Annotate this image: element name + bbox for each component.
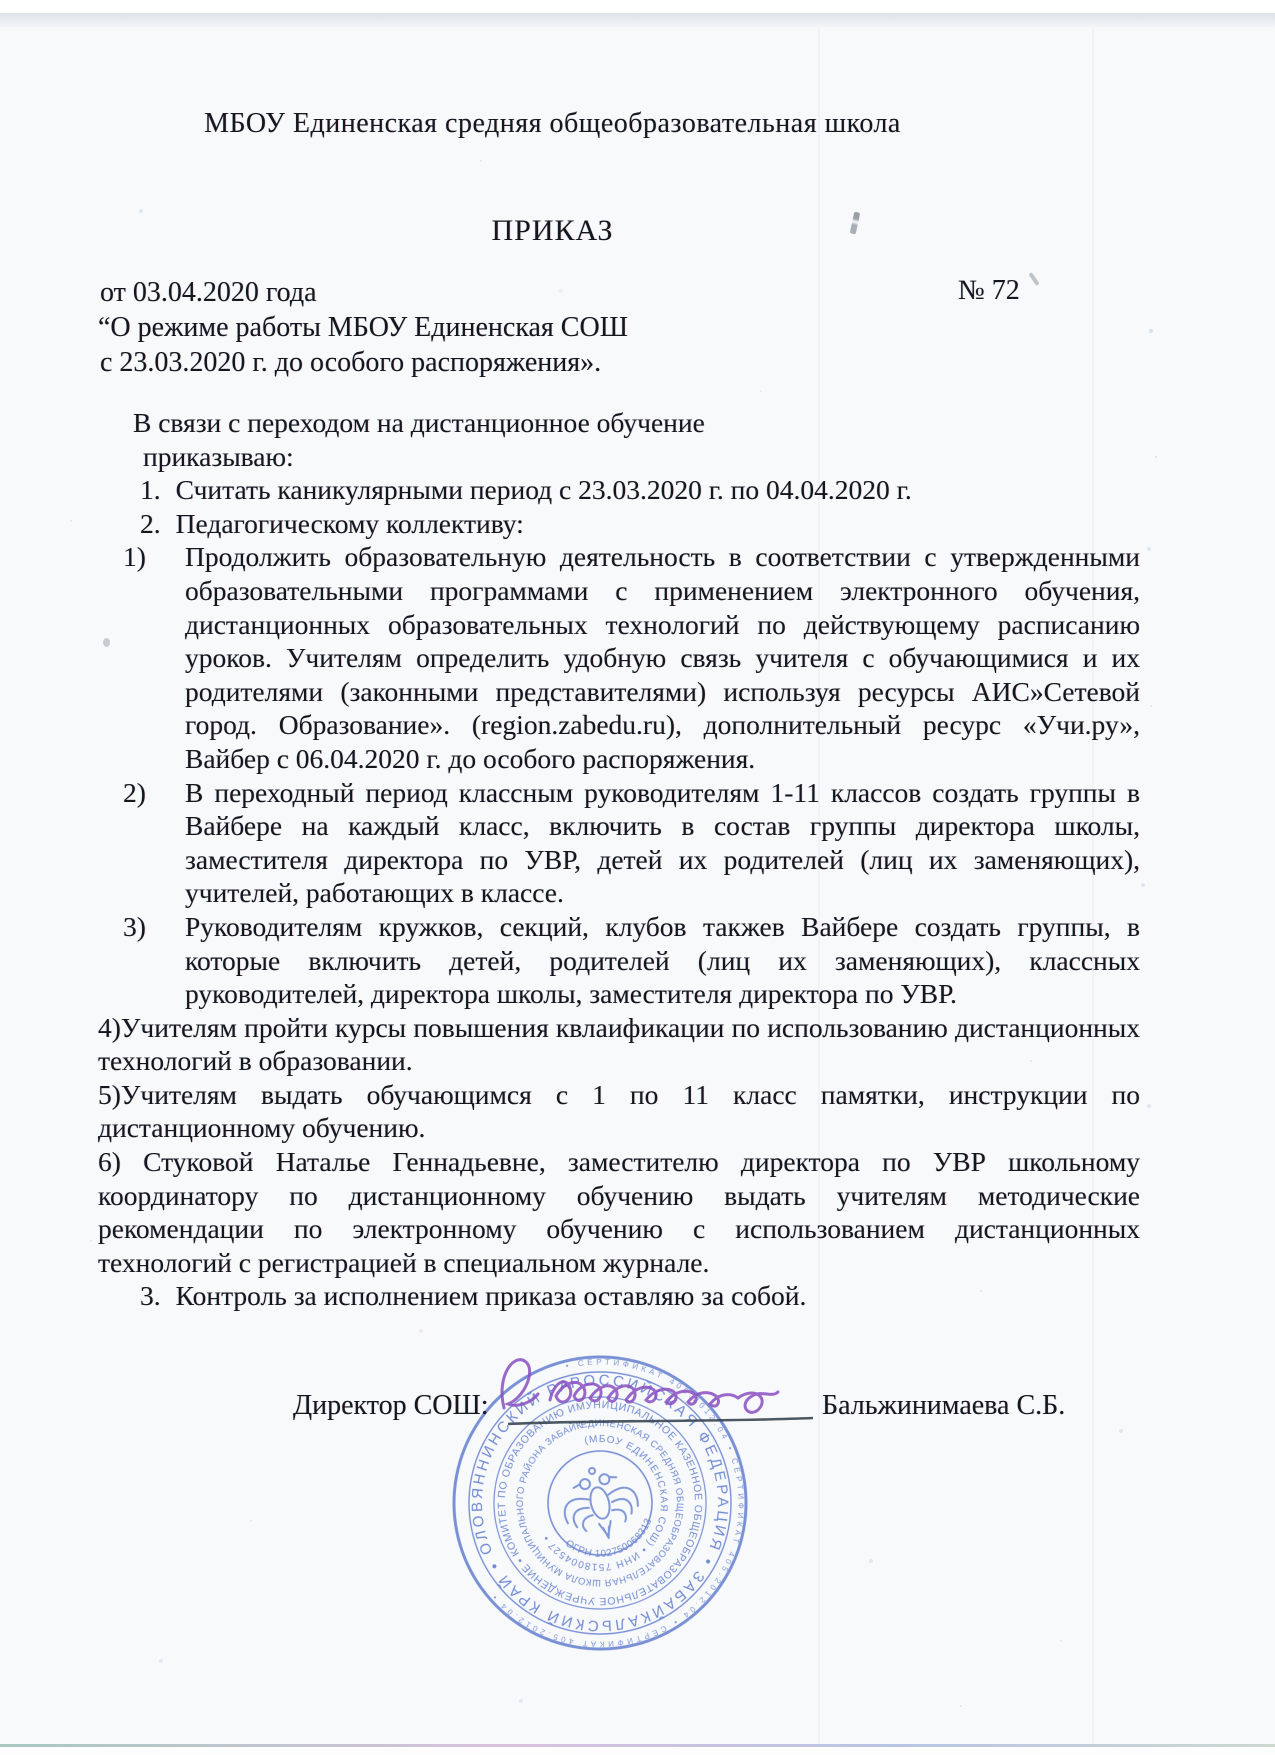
double-headed-eagle-icon: [555, 1459, 644, 1547]
intro-line-2: приказываю:: [95, 440, 1140, 474]
signature-label: Директор СОШ:: [293, 1390, 489, 1422]
item-number: 1.: [140, 474, 161, 505]
order-subitem-5: 5)Учителям выдать обучающимся с 1 по 11 …: [95, 1078, 1140, 1145]
item-number: 1): [123, 540, 146, 574]
item-text: Учителям пройти курсы повышения квлаифик…: [98, 1012, 1140, 1077]
scan-edge-top-band: [0, 13, 1275, 27]
item-number: 2.: [140, 508, 161, 539]
item-text: Учителям выдать обучающимся с 1 по 11 кл…: [98, 1079, 1140, 1144]
item-text: Считать каникулярными период с 23.03.202…: [176, 474, 912, 505]
order-item-2: 2.Педагогическому коллективу:: [95, 507, 1140, 541]
item-number: 3.: [140, 1280, 161, 1311]
scanned-page: МБОУ Единенская средняя общеобразователь…: [0, 0, 1275, 1755]
item-text: Стуковой Наталье Геннадьевне, заместител…: [98, 1146, 1140, 1278]
item-number: 2): [123, 776, 146, 810]
order-subitem-1: 1)Продолжить образовательную деятельност…: [95, 540, 1140, 775]
item-number: 4): [98, 1012, 121, 1043]
order-subitem-6: 6) Стуковой Наталье Геннадьевне, замести…: [95, 1145, 1140, 1279]
item-text: Продолжить образовательную деятельность …: [185, 541, 1140, 774]
item-text: Контроль за исполнением приказа оставляю…: [176, 1280, 807, 1311]
school-name-header: МБОУ Единенская средняя общеобразователь…: [0, 108, 1105, 140]
scan-edge-top: [0, 0, 1275, 13]
order-number: № 72: [958, 275, 1020, 307]
item-number: 3): [123, 910, 146, 944]
signature-underline: [508, 1418, 813, 1424]
intro-line-1: В связи с переходом на дистанционное обу…: [95, 406, 1140, 440]
order-subitem-4: 4)Учителям пройти курсы повышения квлаиф…: [95, 1011, 1140, 1078]
order-subitem-2: 2)В переходный период классным руководит…: [95, 776, 1140, 910]
order-subitem-3: 3)Руководителям кружков, секций, клубов …: [95, 910, 1140, 1011]
order-body: В связи с переходом на дистанционное обу…: [95, 406, 1140, 1313]
item-text: В переходный период классным руководител…: [185, 777, 1140, 909]
handwritten-signature: [488, 1342, 828, 1442]
scan-artifact: [1028, 272, 1039, 286]
scan-edge-bottom: [0, 1747, 1275, 1755]
order-title: ПРИКАЗ: [0, 214, 1105, 248]
item-number: 6): [98, 1146, 121, 1177]
order-date: от 03.04.2020 года: [100, 277, 317, 309]
item-text: Руководителям кружков, секций, клубов та…: [185, 911, 1140, 1009]
order-item-3: 3.Контроль за исполнением приказа оставл…: [95, 1279, 1140, 1313]
item-text: Педагогическому коллективу:: [176, 508, 524, 539]
signature-name: Бальжинимаева С.Б.: [822, 1390, 1065, 1422]
item-number: 5): [98, 1079, 121, 1110]
order-item-1: 1.Считать каникулярными период с 23.03.2…: [95, 473, 1140, 507]
order-subject-line1: “О режиме работы МБОУ Единенская СОШ: [98, 312, 628, 344]
order-subject-line2: с 23.03.2020 г. до особого распоряжения»…: [100, 347, 601, 379]
